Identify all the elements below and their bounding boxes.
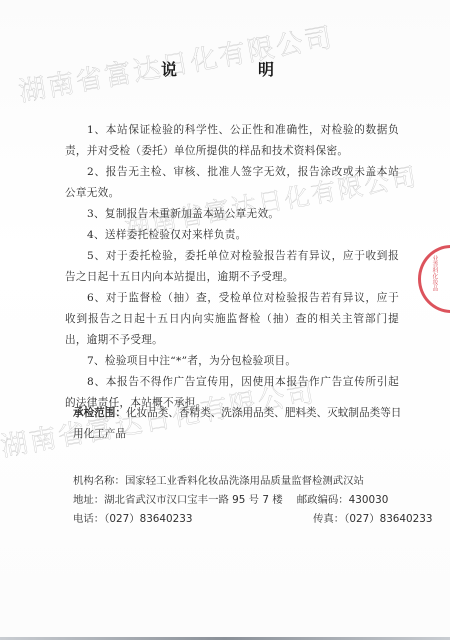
postcode-value: 430030 — [349, 494, 389, 506]
fax: 传真：（027）83640233 — [313, 510, 432, 529]
fax-value: （027）83640233 — [344, 513, 432, 525]
fax-label: 传真： — [313, 513, 344, 525]
address-label: 地址： — [73, 494, 104, 506]
notice-item-1: 1、本站保证检验的科学性、公正性和准确性，对检验的数据负责，并对受检（委托）单位… — [65, 120, 399, 162]
watermark-top: 湖南省富达日化有限公司 — [15, 15, 336, 109]
notice-item-6: 6、对于监督检（抽）查，受检单位对检验报告若有异议，应于收到报告之日起十五日内向… — [65, 288, 399, 351]
org-value: 国家轻工业香料化妆品洗涤用品质量监督检测武汉站 — [125, 475, 364, 487]
document-page: 说 明 1、本站保证检验的科学性、公正性和准确性，对检验的数据负责，并对受检（委… — [0, 0, 450, 640]
postcode-label: 邮政编码： — [297, 494, 349, 506]
notice-item-7: 7、检验项目中注“*”者，为分包检验项目。 — [65, 351, 399, 372]
notice-item-4: 4、送样委托检验仅对来样负责。 — [65, 225, 399, 246]
org-label: 机构名称： — [73, 475, 125, 487]
phone-fax-line: 电话：（027）83640233 传真：（027）83640233 — [73, 510, 413, 529]
address-value: 湖北省武汉市汉口宝丰一路 95 号 7 楼 — [104, 494, 283, 506]
address-line: 地址：湖北省武汉市汉口宝丰一路 95 号 7 楼邮政编码：430030 — [73, 491, 413, 510]
notice-item-5: 5、对于委托检验，委托单位对检验报告若有异议，应于收到报告之日起十五日内向本站提… — [65, 246, 399, 288]
phone-value: （027）83640233 — [104, 513, 192, 525]
phone-label: 电话： — [73, 513, 104, 525]
organization-name: 机构名称：国家轻工业香料化妆品洗涤用品质量监督检测武汉站 — [73, 472, 413, 491]
seal-text: 业香料化妆品 — [428, 255, 438, 291]
